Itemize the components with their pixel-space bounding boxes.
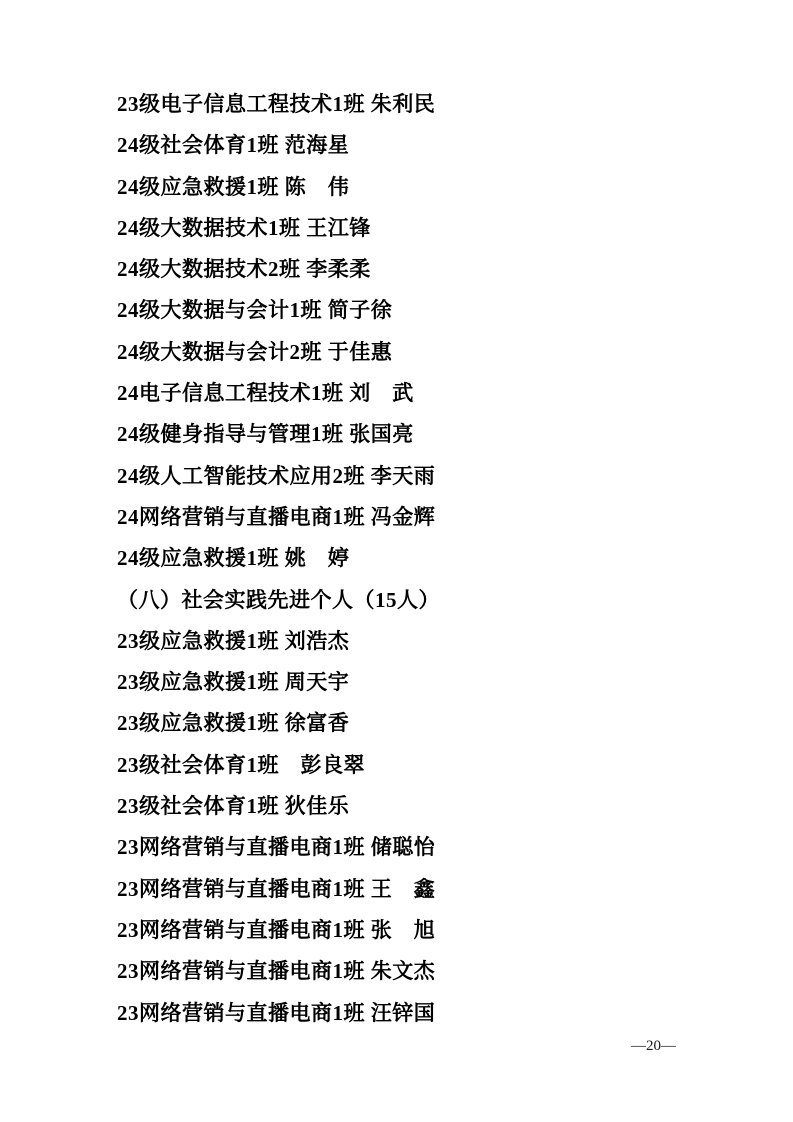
- list-item: 23级应急救援1班 徐富香: [117, 703, 733, 744]
- document-page: 23级电子信息工程技术1班 朱利民 24级社会体育1班 范海星 24级应急救援1…: [0, 0, 793, 1122]
- list-item: 24电子信息工程技术1班 刘 武: [117, 373, 733, 414]
- list-item: 24级大数据技术2班 李柔柔: [117, 249, 733, 290]
- list-item: 23级应急救援1班 周天宇: [117, 662, 733, 703]
- list-item: 23网络营销与直播电商1班 汪锌国: [117, 993, 733, 1034]
- list-item: 24级应急救援1班 陈 伟: [117, 167, 733, 208]
- list-item: 23级社会体育1班 狄佳乐: [117, 786, 733, 827]
- list-item: 24级大数据技术1班 王江锋: [117, 208, 733, 249]
- list-item: 23网络营销与直播电商1班 王 鑫: [117, 869, 733, 910]
- list-item: 23网络营销与直播电商1班 朱文杰: [117, 951, 733, 992]
- section-heading: （八）社会实践先进个人（15人）: [117, 580, 733, 621]
- list-item: 23级应急救援1班 刘浩杰: [117, 621, 733, 662]
- list-item: 23网络营销与直播电商1班 张 旭: [117, 910, 733, 951]
- list-item: 24级人工智能技术应用2班 李天雨: [117, 456, 733, 497]
- list-item: 24级大数据与会计1班 简子徐: [117, 290, 733, 331]
- list-item: 24级健身指导与管理1班 张国亮: [117, 414, 733, 455]
- document-body: 23级电子信息工程技术1班 朱利民 24级社会体育1班 范海星 24级应急救援1…: [117, 84, 733, 1034]
- page-number: —20—: [631, 1038, 676, 1055]
- list-item: 23级社会体育1班 彭良翠: [117, 745, 733, 786]
- list-item: 24级应急救援1班 姚 婷: [117, 538, 733, 579]
- list-item: 24网络营销与直播电商1班 冯金辉: [117, 497, 733, 538]
- list-item: 23网络营销与直播电商1班 储聪怡: [117, 827, 733, 868]
- list-item: 23级电子信息工程技术1班 朱利民: [117, 84, 733, 125]
- list-item: 24级大数据与会计2班 于佳惠: [117, 332, 733, 373]
- list-item: 24级社会体育1班 范海星: [117, 125, 733, 166]
